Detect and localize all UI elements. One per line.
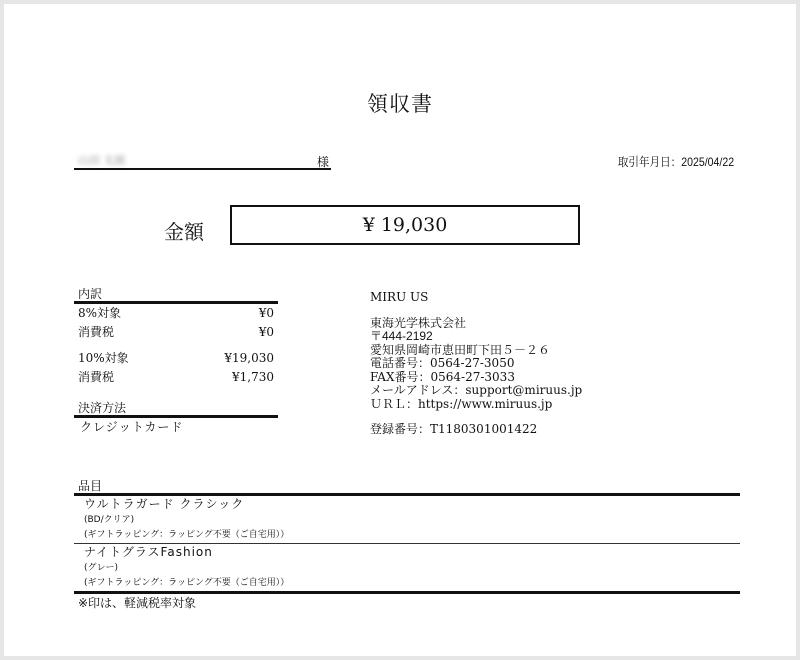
customer-name-redacted: 山田 太郎 [78, 152, 126, 168]
transaction-date: 取引年月日：2025/04/22 [618, 153, 734, 170]
company-phone: 電話番号：0564-27-3050 [370, 357, 582, 371]
transaction-date-label: 取引年月日： [618, 155, 681, 169]
receipt-page: 領収書 山田 太郎 様 取引年月日：2025/04/22 金額 ¥ 19,030… [4, 4, 796, 656]
amount-box: ¥ 19,030 [230, 205, 580, 245]
items-section: 品目 ウルトラガード クラシック (BD/クリア) (ギフトラッピング：ラッピン… [74, 479, 740, 612]
customer-honorific: 様 [317, 153, 329, 170]
breakdown-value: ¥0 [259, 304, 274, 323]
amount-value: ¥ 19,030 [363, 214, 448, 236]
item-row: ナイトグラスFashion (グレー) (ギフトラッピング：ラッピング不要（ご自… [74, 544, 740, 594]
breakdown-label: 10%対象 [78, 349, 129, 368]
breakdown-value: ¥1,730 [232, 368, 274, 387]
postal-code: 〒444-2192 [370, 330, 582, 344]
issuer-section: MIRU US 東海光学株式会社 〒444-2192 愛知県岡崎市恵田町下田５－… [370, 291, 582, 437]
breakdown-label: 8%対象 [78, 304, 121, 323]
customer-name-field: 山田 太郎 様 [74, 152, 331, 170]
item-variant: (BD/クリア) [84, 513, 740, 528]
breakdown-group-8: 8%対象 ¥0 消費税 ¥0 [74, 304, 278, 342]
company-name: 東海光学株式会社 [370, 317, 582, 331]
company-email: メールアドレス：support@miruus.jp [370, 384, 582, 398]
breakdown-heading: 内訳 [74, 287, 278, 304]
breakdown-value: ¥19,030 [224, 349, 274, 368]
transaction-date-value: 2025/04/22 [681, 155, 734, 169]
breakdown-label: 消費税 [78, 323, 114, 342]
company-address: 愛知県岡崎市恵田町下田５－２６ [370, 344, 582, 358]
payment-heading: 決済方法 [74, 401, 278, 418]
amount-label: 金額 [164, 216, 204, 245]
breakdown-row: 消費税 ¥1,730 [74, 368, 278, 387]
breakdown-label: 消費税 [78, 368, 114, 387]
payment-method: クレジットカード [74, 418, 278, 437]
breakdown-row: 8%対象 ¥0 [74, 304, 278, 323]
breakdown-section: 内訳 8%対象 ¥0 消費税 ¥0 10%対象 ¥19,030 消費税 ¥1,7… [74, 287, 278, 387]
company-url: ＵＲＬ：https://www.miruus.jp [370, 398, 582, 412]
registration-number: 登録番号：T1180301001422 [370, 423, 582, 437]
breakdown-row: 10%対象 ¥19,030 [74, 349, 278, 368]
items-heading: 品目 [74, 479, 740, 496]
item-row: ウルトラガード クラシック (BD/クリア) (ギフトラッピング：ラッピング不要… [74, 496, 740, 544]
item-name: ナイトグラスFashion [84, 544, 740, 561]
breakdown-group-10: 10%対象 ¥19,030 消費税 ¥1,730 [74, 349, 278, 387]
payment-section: 決済方法 クレジットカード [74, 401, 278, 437]
item-variant: (グレー) [84, 561, 740, 576]
item-option: (ギフトラッピング：ラッピング不要（ご自宅用）） [84, 528, 740, 543]
breakdown-value: ¥0 [259, 323, 274, 342]
document-title: 領収書 [4, 88, 796, 118]
item-option: (ギフトラッピング：ラッピング不要（ご自宅用）） [84, 576, 740, 591]
item-name: ウルトラガード クラシック [84, 496, 740, 513]
spacer [74, 342, 278, 349]
company-fax: FAX番号：0564-27-3033 [370, 371, 582, 385]
breakdown-row: 消費税 ¥0 [74, 323, 278, 342]
reduced-tax-footnote: ※印は、軽減税率対象 [74, 594, 740, 612]
store-name: MIRU US [370, 291, 582, 305]
